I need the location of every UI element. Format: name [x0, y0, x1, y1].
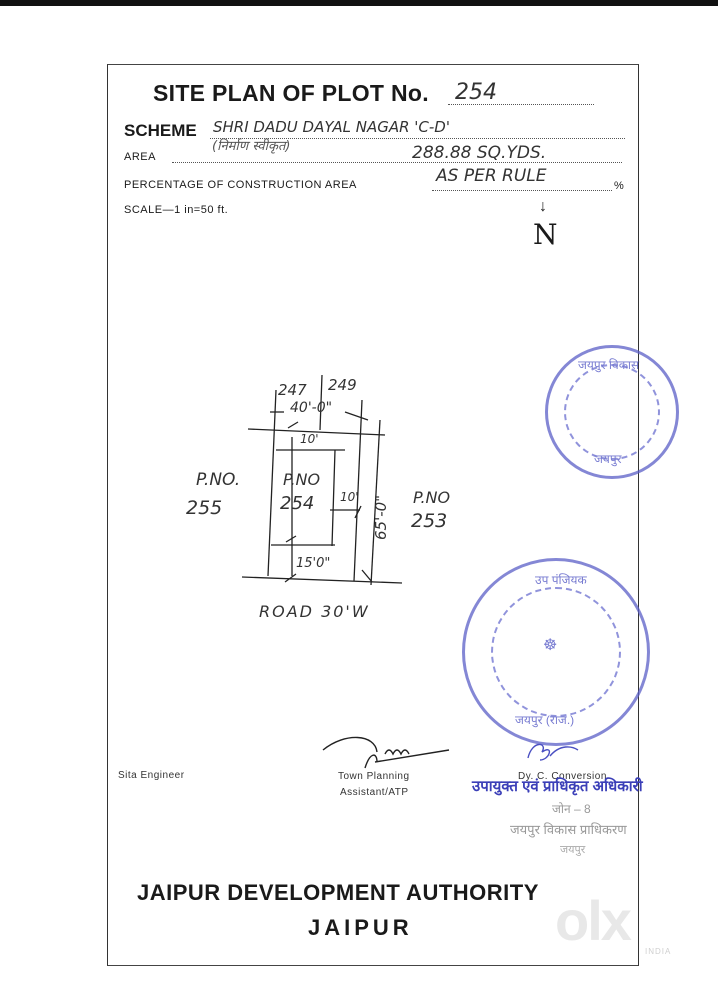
olx-watermark-logo: olx — [555, 888, 630, 953]
scheme-label: SCHEME — [124, 121, 197, 141]
emblem-icon: ☸ — [543, 635, 557, 655]
top-left-plot-label: 247 — [278, 381, 307, 399]
front-setback: 15'0" — [296, 556, 330, 571]
upper-seal-text: जयपुर विकास — [578, 356, 639, 373]
assistant-atp-label: Assistant/ATP — [340, 787, 409, 798]
title-label: SITE PLAN OF PLOT No. — [153, 80, 429, 106]
width-dimension: 40'-0" — [290, 400, 332, 416]
depth-dimension: 65'-0" — [372, 495, 390, 540]
top-right-plot-label: 249 — [328, 376, 357, 394]
road-label: ROAD 30'W — [259, 602, 370, 621]
lower-seal-text: उप पंजियक — [535, 571, 587, 588]
area-hindi-note: (निर्माण स्वीकृत) — [212, 136, 290, 154]
plot-number-dots — [448, 104, 594, 105]
north-label: N — [533, 218, 558, 251]
scheme-value: SHRI DADU DAYAL NAGAR 'C-D' — [213, 118, 450, 136]
area-label: AREA — [124, 151, 156, 163]
plot-number: 254 — [455, 80, 497, 105]
officer-stamp-line1: उपायुक्त एवं प्राधिकृत अधिकारी — [472, 776, 643, 796]
tp-signature — [315, 732, 455, 772]
area-dots — [172, 162, 622, 163]
construction-label: PERCENTAGE OF CONSTRUCTION AREA — [124, 179, 357, 191]
upper-seal-bottom: जयपुर — [594, 450, 622, 467]
left-neighbor-line1: P.NO. — [196, 470, 240, 490]
page-title: SITE PLAN OF PLOT No. — [153, 80, 429, 107]
construction-dots — [432, 190, 612, 191]
right-neighbor-line2: 253 — [411, 510, 447, 532]
plot-label-line1: P.NO — [283, 470, 320, 489]
upper-official-seal: जयपुर विकास जयपुर — [545, 345, 679, 479]
officer-stamp-line2: जोन – 8 — [552, 800, 591, 817]
site-engineer-label: Sita Engineer — [118, 770, 185, 781]
plot-label-line2: 254 — [280, 493, 314, 514]
right-neighbor-line1: P.NO — [413, 488, 450, 507]
rear-setback: 10' — [300, 432, 319, 446]
authority-city: JAIPUR — [308, 915, 413, 941]
left-neighbor-line2: 255 — [186, 497, 222, 519]
olx-watermark-sub: INDIA — [645, 947, 671, 956]
construction-unit: % — [614, 180, 624, 192]
construction-value: AS PER RULE — [436, 166, 547, 186]
dy-commissioner-signature — [522, 738, 582, 768]
officer-stamp-line4: जयपुर — [560, 842, 585, 857]
side-setback: 10' — [340, 490, 359, 504]
authority-name: JAIPUR DEVELOPMENT AUTHORITY — [137, 880, 539, 906]
north-arrow-icon: ↓ — [539, 198, 547, 216]
town-planning-label: Town Planning — [338, 771, 410, 782]
area-value: 288.88 SQ.YDS. — [412, 143, 546, 163]
lower-seal-bottom: जयपुर (राज.) — [515, 711, 574, 728]
top-border — [0, 0, 718, 6]
lower-official-seal: उप पंजियक ☸ जयपुर (राज.) — [462, 558, 650, 746]
officer-stamp-line3: जयपुर विकास प्राधिकरण — [510, 820, 627, 838]
scale-label: SCALE—1 in=50 ft. — [124, 204, 228, 216]
